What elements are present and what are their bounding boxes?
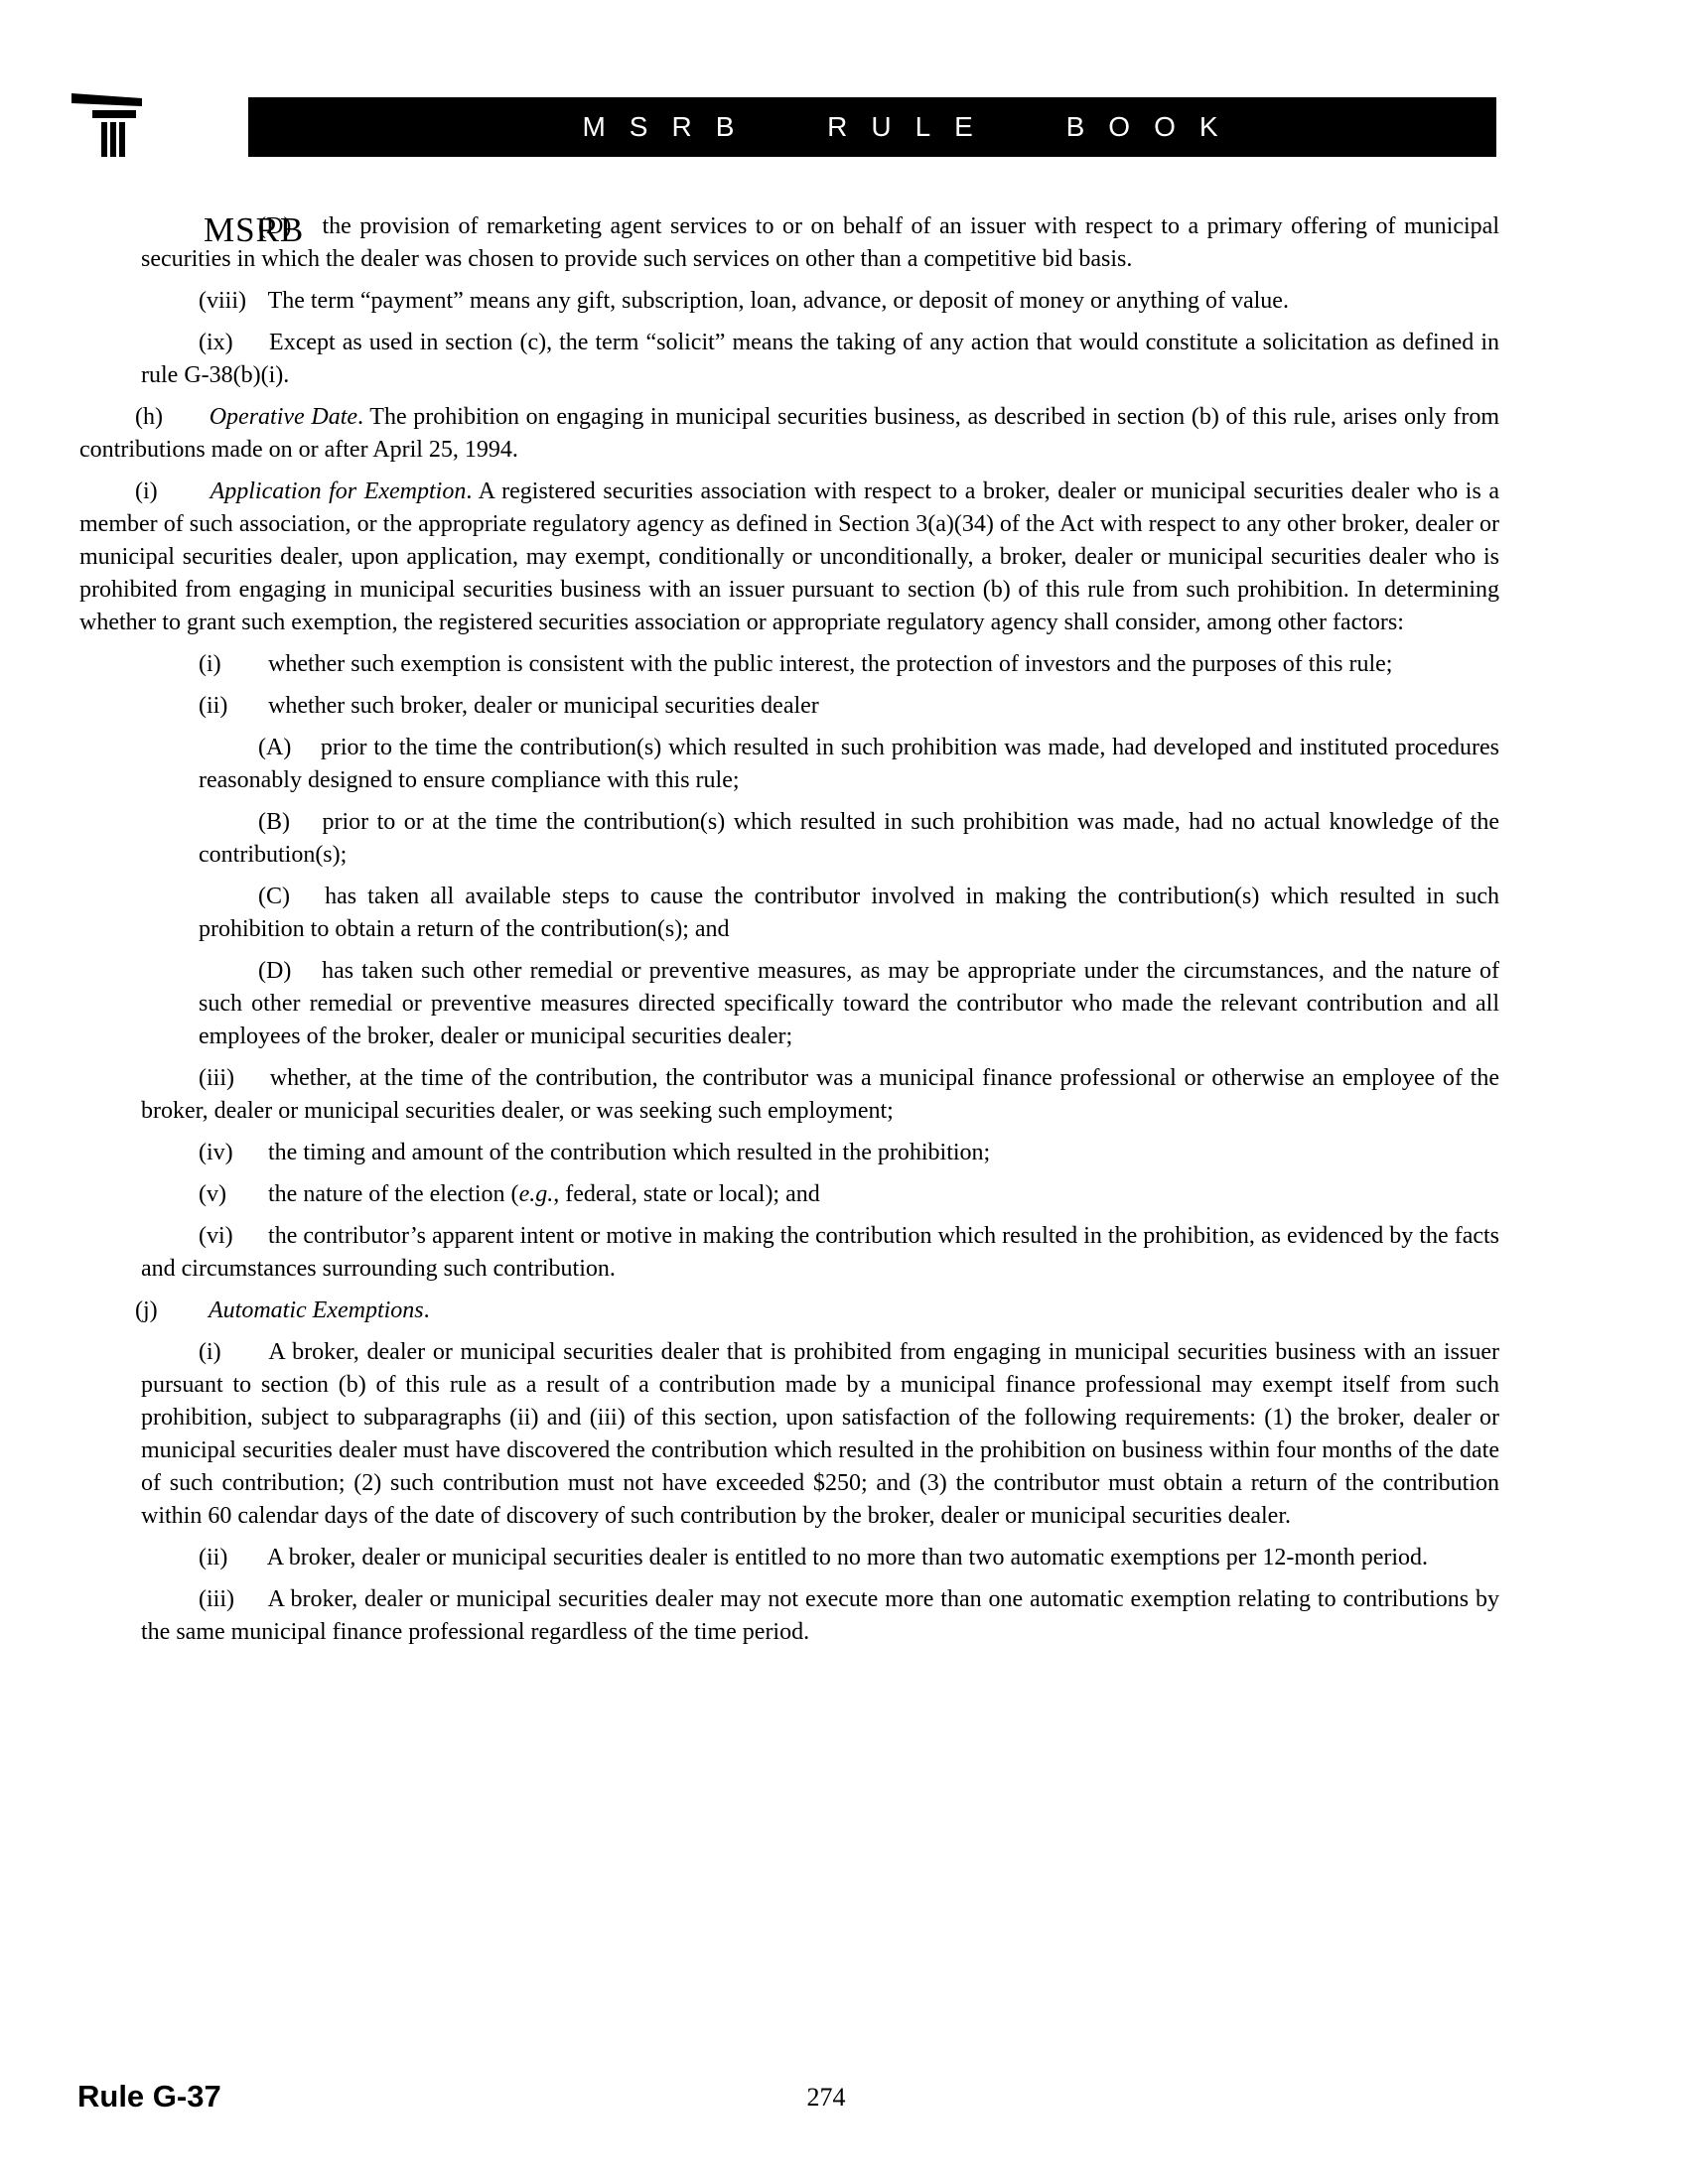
body-text: has taken all available steps to cause t… bbox=[199, 884, 1499, 942]
paragraph: (j) Automatic Exemptions. bbox=[79, 1295, 1499, 1327]
paragraph: (D) the provision of remarketing agent s… bbox=[141, 210, 1499, 276]
paragraph: (viii) The term “payment” means any gift… bbox=[141, 285, 1499, 318]
paragraph-label: (j) bbox=[135, 1295, 203, 1327]
header-bar: MSRB RULE BOOK bbox=[248, 97, 1496, 157]
paragraph: (iii) A broker, dealer or municipal secu… bbox=[141, 1583, 1499, 1649]
footer-page-number: 274 bbox=[776, 2085, 876, 2111]
body-text: A broker, dealer or municipal securities… bbox=[267, 1545, 1428, 1570]
paragraph: (ix) Except as used in section (c), the … bbox=[141, 327, 1499, 392]
body-text: the timing and amount of the contributio… bbox=[268, 1140, 990, 1165]
paragraph-label: (ii) bbox=[199, 690, 262, 723]
column-icon bbox=[71, 93, 143, 157]
italic-text: Operative Date bbox=[210, 404, 357, 430]
paragraph-label: (iii) bbox=[199, 1062, 262, 1095]
paragraph: (i) whether such exemption is consistent… bbox=[141, 648, 1499, 681]
body-text: has taken such other remedial or prevent… bbox=[199, 958, 1499, 1049]
footer-rule-label: Rule G-37 bbox=[77, 2081, 221, 2112]
paragraph-label: (C) bbox=[258, 881, 314, 913]
body-text: the provision of remarketing agent servi… bbox=[141, 213, 1499, 272]
body-text: whether such exemption is consistent wit… bbox=[268, 651, 1392, 677]
body-text: A broker, dealer or municipal securities… bbox=[141, 1339, 1499, 1529]
paragraph: (D) has taken such other remedial or pre… bbox=[199, 955, 1499, 1053]
paragraph-label: (v) bbox=[199, 1178, 262, 1211]
paragraph: (ii) A broker, dealer or municipal secur… bbox=[141, 1542, 1499, 1574]
body-text: The term “payment” means any gift, subsc… bbox=[268, 288, 1289, 314]
paragraph-label: (D) bbox=[258, 210, 314, 243]
document-body: (D) the provision of remarketing agent s… bbox=[79, 210, 1499, 1658]
paragraph-label: (vi) bbox=[199, 1220, 262, 1253]
paragraph: (vi) the contributor’s apparent intent o… bbox=[141, 1220, 1499, 1286]
paragraph: (h) Operative Date. The prohibition on e… bbox=[79, 401, 1499, 467]
italic-text: Automatic Exemptions bbox=[209, 1297, 424, 1323]
header-bar-title: MSRB RULE BOOK bbox=[582, 111, 1241, 143]
paragraph-label: (iv) bbox=[199, 1137, 262, 1169]
body-text: prior to or at the time the contribution… bbox=[199, 809, 1499, 868]
paragraph-label: (h) bbox=[135, 401, 203, 434]
body-text: the nature of the election ( bbox=[268, 1181, 519, 1207]
italic-text: Application for Exemption bbox=[211, 478, 467, 504]
paragraph-label: (i) bbox=[199, 648, 262, 681]
body-text: prior to the time the contribution(s) wh… bbox=[199, 735, 1499, 793]
paragraph: (A) prior to the time the contribution(s… bbox=[199, 732, 1499, 797]
paragraph-label: (ii) bbox=[199, 1542, 262, 1574]
body-text: , federal, state or local); and bbox=[553, 1181, 820, 1207]
paragraph-label: (iii) bbox=[199, 1583, 262, 1616]
paragraph: (i) A broker, dealer or municipal securi… bbox=[141, 1336, 1499, 1533]
body-text: Except as used in section (c), the term … bbox=[141, 330, 1499, 388]
paragraph: (v) the nature of the election (e.g., fe… bbox=[141, 1178, 1499, 1211]
italic-text: e.g. bbox=[519, 1181, 554, 1207]
paragraph: (iv) the timing and amount of the contri… bbox=[141, 1137, 1499, 1169]
paragraph: (i) Application for Exemption. A registe… bbox=[79, 476, 1499, 639]
paragraph-label: (i) bbox=[199, 1336, 262, 1369]
paragraph: (B) prior to or at the time the contribu… bbox=[199, 806, 1499, 872]
paragraph-label: (A) bbox=[258, 732, 314, 764]
body-text: whether, at the time of the contribution… bbox=[141, 1065, 1499, 1124]
body-text: A broker, dealer or municipal securities… bbox=[141, 1586, 1499, 1645]
paragraph-label: (B) bbox=[258, 806, 314, 839]
body-text: the contributor’s apparent intent or mot… bbox=[141, 1223, 1499, 1282]
paragraph-label: (D) bbox=[258, 955, 314, 988]
paragraph: (iii) whether, at the time of the contri… bbox=[141, 1062, 1499, 1128]
paragraph-label: (i) bbox=[135, 476, 203, 508]
body-text: . bbox=[424, 1297, 430, 1323]
body-text: whether such broker, dealer or municipal… bbox=[268, 693, 819, 719]
paragraph: (ii) whether such broker, dealer or muni… bbox=[141, 690, 1499, 723]
paragraph: (C) has taken all available steps to cau… bbox=[199, 881, 1499, 946]
paragraph-label: (viii) bbox=[199, 285, 262, 318]
paragraph-label: (ix) bbox=[199, 327, 262, 359]
rulebook-page: MSRB MSRB RULE BOOK (D) the provision of… bbox=[0, 0, 1688, 2184]
